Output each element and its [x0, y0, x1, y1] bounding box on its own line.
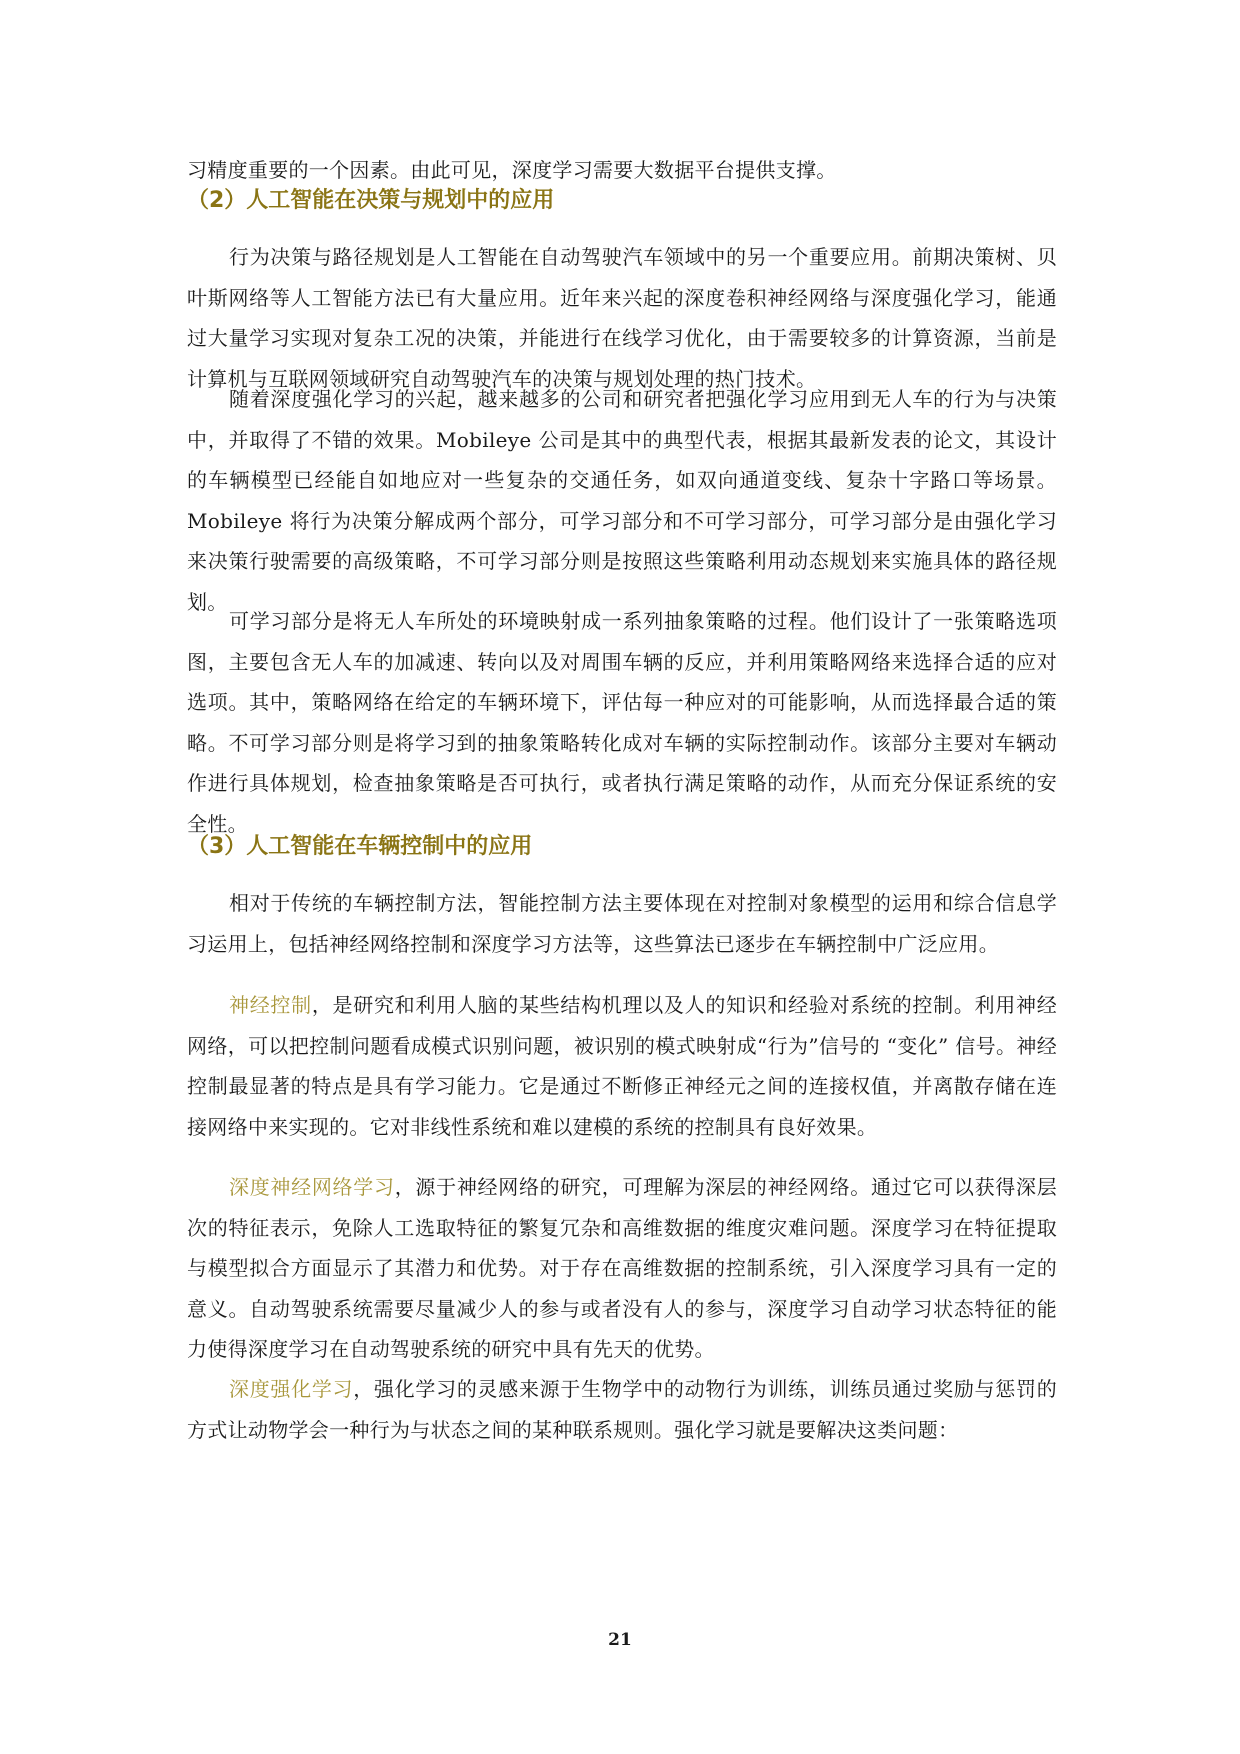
- paragraph-text: 相对于传统的车辆控制方法，智能控制方法主要体现在对控制对象模型的运用和综合信息学…: [187, 891, 1057, 956]
- paragraph-decision-intro: 行为决策与路径规划是人工智能在自动驾驶汽车领域中的另一个重要应用。前期决策树、贝…: [187, 237, 1057, 399]
- key-term-deep-rl: 深度强化学习: [229, 1377, 353, 1401]
- section-heading-vehicle-control: （3）人工智能在车辆控制中的应用: [187, 832, 532, 862]
- paragraph-neural-control: 神经控制，是研究和利用人脑的某些结构机理以及人的知识和经验对系统的控制。利用神经…: [187, 985, 1057, 1147]
- paragraph-deep-rl: 深度强化学习，强化学习的灵感来源于生物学中的动物行为训练，训练员通过奖励与惩罚的…: [187, 1369, 1057, 1450]
- paragraph-control-intro: 相对于传统的车辆控制方法，智能控制方法主要体现在对控制对象模型的运用和综合信息学…: [187, 883, 1057, 964]
- key-term-deep-nn-learning: 深度神经网络学习: [229, 1175, 395, 1199]
- paragraph-text: ，是研究和利用人脑的某些结构机理以及人的知识和经验对系统的控制。利用神经网络，可…: [187, 993, 1057, 1139]
- paragraph-mobileye: 随着深度强化学习的兴起，越来越多的公司和研究者把强化学习应用到无人车的行为与决策…: [187, 379, 1057, 622]
- paragraph-text: 随着深度强化学习的兴起，越来越多的公司和研究者把强化学习应用到无人车的行为与决策…: [187, 387, 1057, 614]
- paragraph-text: 行为决策与路径规划是人工智能在自动驾驶汽车领域中的另一个重要应用。前期决策树、贝…: [187, 245, 1057, 391]
- paragraph-learnable-part: 可学习部分是将无人车所处的环境映射成一系列抽象策略的过程。他们设计了一张策略选项…: [187, 601, 1057, 844]
- opening-paragraph: 习精度重要的一个因素。由此可见，深度学习需要大数据平台提供支撑。: [187, 150, 1057, 191]
- section-heading-decision-planning: （2）人工智能在决策与规划中的应用: [187, 186, 554, 216]
- paragraph-text: ，源于神经网络的研究，可理解为深层的神经网络。通过它可以获得深层次的特征表示，免…: [187, 1175, 1057, 1361]
- paragraph-deep-nn-learning: 深度神经网络学习，源于神经网络的研究，可理解为深层的神经网络。通过它可以获得深层…: [187, 1167, 1057, 1370]
- key-term-neural-control: 神经控制: [229, 993, 312, 1017]
- page-number: 21: [0, 1630, 1240, 1650]
- paragraph-text: 可学习部分是将无人车所处的环境映射成一系列抽象策略的过程。他们设计了一张策略选项…: [187, 609, 1057, 836]
